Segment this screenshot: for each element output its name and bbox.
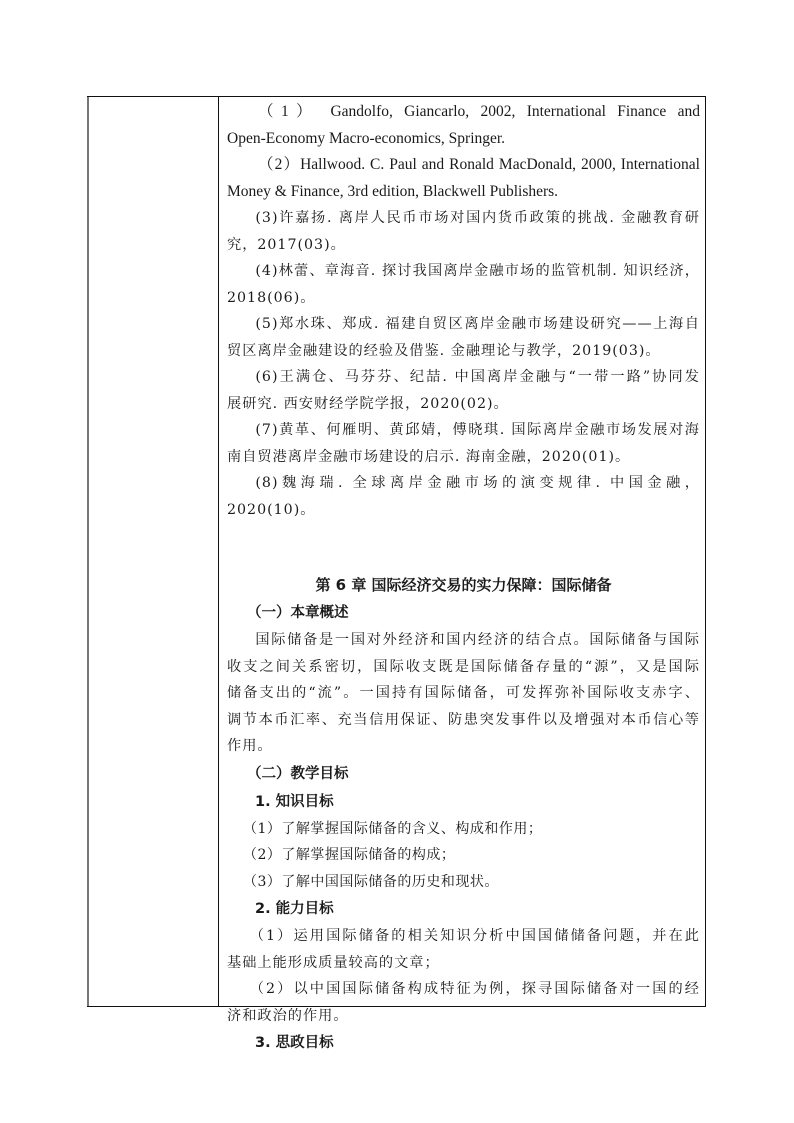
- goals-heading: （二）教学目标: [227, 760, 700, 788]
- reference-7-line1: (7)黄革、何雁明、黄邱婧，傅晓琪. 国际离岸金融市场发展对海: [227, 417, 700, 444]
- ability-goal-2-line1: （2）以中国国际储备构成特征为例，探寻国际储备对一国的经: [227, 976, 700, 1003]
- reference-4-line2: 2018(06)。: [227, 285, 700, 312]
- reference-5-line1: (5)郑水珠、郑成. 福建自贸区离岸金融市场建设研究——上海自: [227, 311, 700, 338]
- reference-6-line1: (6)王满仓、马芬芬、纪喆. 中国离岸金融与“一带一路”协同发: [227, 364, 700, 391]
- overview-line-2: 收支之间关系密切，国际收支既是国际储备存量的“源”，又是国际: [227, 654, 700, 681]
- ability-goal-1-line2: 基础上能形成质量较高的文章；: [227, 950, 700, 977]
- reference-5-line2: 贸区离岸金融建设的经验及借鉴. 金融理论与教学，2019(03)。: [227, 338, 700, 365]
- overview-paragraph: 国际储备是一国对外经济和国内经济的结合点。国际储备与国际 收支之间关系密切，国际…: [227, 627, 700, 760]
- reference-2-line1: （2）Hallwood. C. Paul and Ronald MacDonal…: [227, 152, 700, 179]
- chapter-title: 第 6 章 国际经济交易的实力保障：国际储备: [227, 571, 700, 599]
- ability-goal-2-line2: 济和政治的作用。: [227, 1003, 700, 1030]
- overview-line-1: 国际储备是一国对外经济和国内经济的结合点。国际储备与国际: [227, 627, 700, 654]
- reference-1-line1: （1） Gandolfo, Giancarlo, 2002, Internati…: [227, 99, 700, 126]
- ability-goals-heading: 2. 能力目标: [227, 895, 700, 923]
- ability-goal-1-line1: （1）运用国际储备的相关知识分析中国国储储备问题，并在此: [227, 923, 700, 950]
- overview-line-5: 作用。: [227, 733, 700, 760]
- overview-line-4: 调节本币汇率、充当信用保证、防患突发事件以及增强对本币信心等: [227, 707, 700, 734]
- reference-4-line1: (4)林蕾、章海音. 探讨我国离岸金融市场的监管机制. 知识经济，: [227, 258, 700, 285]
- reference-1-line2: Open-Economy Macro-economics, Springer.: [227, 126, 700, 153]
- content-table: （1） Gandolfo, Giancarlo, 2002, Internati…: [87, 96, 706, 1007]
- knowledge-goal-1: （1）了解掌握国际储备的含义、构成和作用；: [227, 816, 700, 843]
- ideology-goals-heading: 3. 思政目标: [227, 1029, 700, 1057]
- reference-list: （1） Gandolfo, Giancarlo, 2002, Internati…: [227, 99, 700, 523]
- knowledge-goals-heading: 1. 知识目标: [227, 788, 700, 816]
- reference-6-line2: 展研究. 西安财经学院学报，2020(02)。: [227, 391, 700, 418]
- table-left-cell: [88, 97, 219, 1006]
- reference-8-line1: (8)魏海瑞. 全球离岸金融市场的演变规律. 中国金融，2020(10)。: [227, 470, 700, 523]
- reference-3-line2: 究，2017(03)。: [227, 232, 700, 259]
- knowledge-goal-3: （3）了解中国国际储备的历史和现状。: [227, 869, 700, 896]
- overview-heading: （一）本章概述: [227, 599, 700, 627]
- reference-2-line2: Money & Finance, 3rd edition, Blackwell …: [227, 179, 700, 206]
- overview-line-3: 储备支出的“流”。一国持有国际储备，可发挥弥补国际收支赤字、: [227, 680, 700, 707]
- table-right-cell: （1） Gandolfo, Giancarlo, 2002, Internati…: [219, 97, 705, 1006]
- knowledge-goal-2: （2）了解掌握国际储备的构成；: [227, 842, 700, 869]
- reference-7-line2: 南自贸港离岸金融市场建设的启示. 海南金融，2020(01)。: [227, 444, 700, 471]
- reference-3-line1: (3)许嘉扬. 离岸人民币市场对国内货币政策的挑战. 金融教育研: [227, 205, 700, 232]
